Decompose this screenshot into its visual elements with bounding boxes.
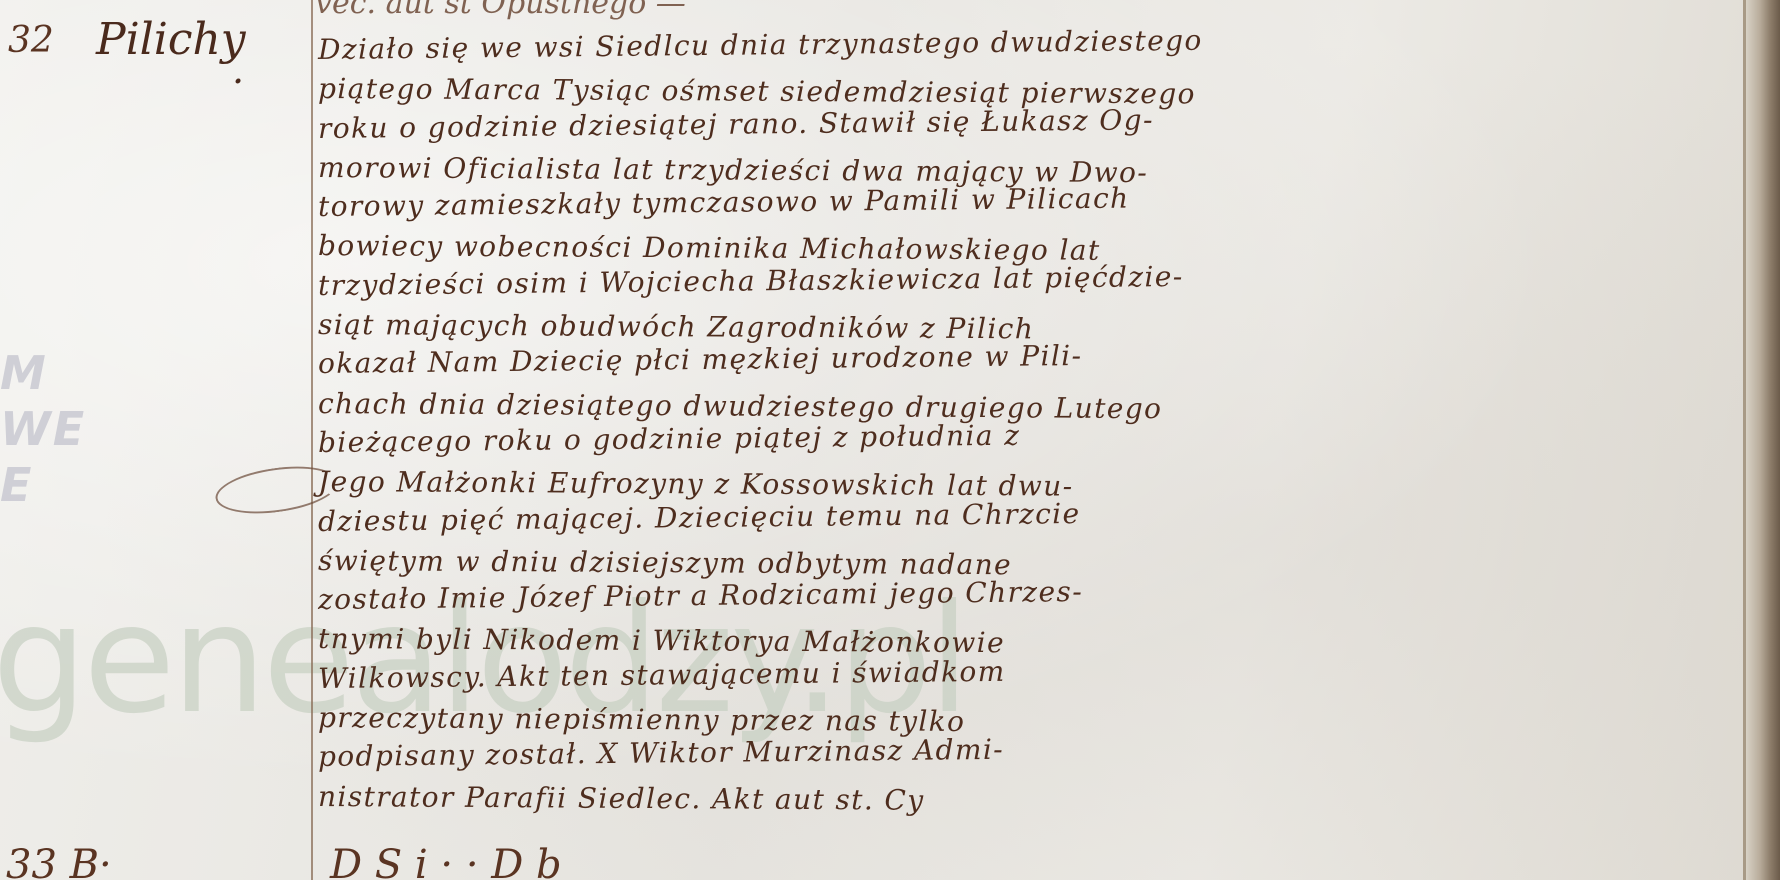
entry-number: 32 bbox=[8, 20, 54, 61]
entry-place-dot: . bbox=[232, 48, 244, 92]
margin-rule bbox=[311, 0, 313, 880]
record-line: Działo się we wsi Siedlcu dnia trzynaste… bbox=[318, 15, 1738, 69]
next-entry-number: 33 B· bbox=[6, 842, 112, 880]
next-entry-text-fragment: D S i · · D b bbox=[330, 842, 562, 880]
scanned-page: M WE E genealodzy.pl vec. aut st Opustne… bbox=[0, 0, 1780, 880]
watermark-upper: M WE E bbox=[0, 345, 86, 513]
entry-place-name: Pilichy bbox=[96, 14, 246, 65]
watermark-upper-line-2: WE bbox=[0, 401, 86, 457]
watermark-upper-line-3: E bbox=[0, 457, 86, 513]
next-entry-place: B· bbox=[70, 842, 112, 880]
record-body: Działo się we wsi Siedlcu dnia trzynaste… bbox=[318, 30, 1738, 816]
watermark-upper-line-1: M bbox=[0, 345, 86, 401]
next-entry-num: 33 bbox=[6, 842, 57, 880]
previous-entry-fragment: vec. aut st Opustnego — bbox=[315, 0, 1415, 21]
record-line: nistrator Parafii Siedlec. Akt aut st. C… bbox=[318, 777, 1738, 825]
book-binding bbox=[1746, 0, 1780, 880]
